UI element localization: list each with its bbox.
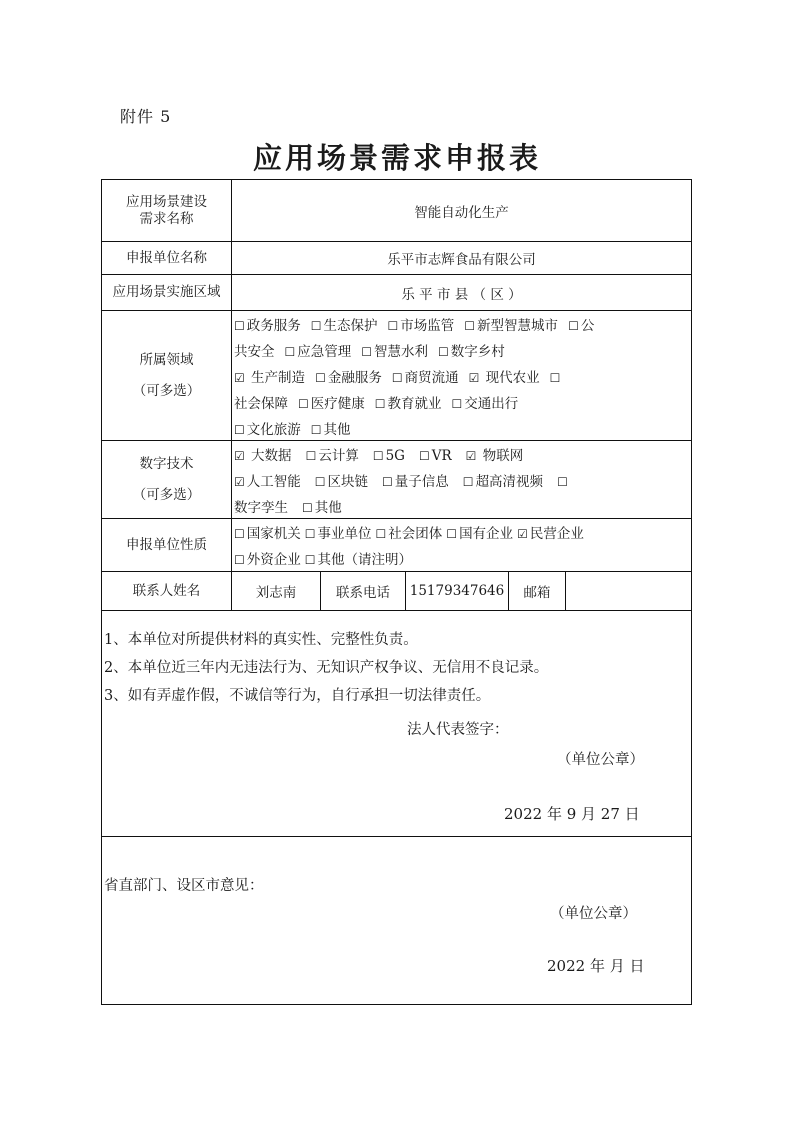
domain-options: ☐政务服务☐生态保护☐市场监管☐新型智慧城市☐公共安全☐应急管理☐智慧水利☐数字… — [232, 311, 691, 440]
unchecked-box-icon[interactable]: ☐ — [550, 365, 561, 391]
option-checkbox[interactable]: ☐ — [550, 365, 563, 391]
unchecked-box-icon[interactable]: ☐ — [568, 313, 579, 339]
option-checkbox[interactable]: ☐外资企业 — [234, 547, 301, 573]
attachment-label: 附件 5 — [120, 104, 171, 127]
option-checkbox[interactable]: ☐生态保护 — [311, 313, 378, 339]
unchecked-box-icon[interactable]: ☐ — [306, 443, 317, 469]
option-label: 其他 — [324, 422, 351, 438]
unit-nature-options: ☐国家机关☐事业单位☐社会团体☐国有企业☑民营企业☐外资企业☐其他（请注明） — [232, 519, 691, 571]
applicant-unit-field[interactable]: 乐平市志辉食品有限公司 — [232, 242, 691, 274]
option-label: 区块链 — [328, 474, 369, 490]
unchecked-box-icon[interactable]: ☐ — [392, 365, 403, 391]
unchecked-box-icon[interactable]: ☐ — [438, 339, 449, 365]
option-checkbox[interactable]: ☐商贸流通 — [392, 365, 459, 391]
technology-multi-select-hint: （可多选） — [133, 487, 201, 504]
option-checkbox[interactable]: ☐量子信息 — [382, 469, 449, 495]
unchecked-box-icon[interactable]: ☐ — [446, 521, 457, 547]
unchecked-box-icon[interactable]: ☐ — [388, 313, 399, 339]
checked-box-icon[interactable]: ☑ — [466, 443, 477, 469]
option-label: 5G — [386, 448, 405, 464]
option-label: 金融服务 — [328, 370, 382, 386]
option-line: ☐国家机关☐事业单位☐社会团体☐国有企业☑民营企业 — [234, 521, 689, 547]
option-checkbox[interactable]: ☑人工智能 — [234, 469, 301, 495]
option-label: 量子信息 — [395, 474, 449, 490]
option-checkbox[interactable]: ☑ 物联网 — [466, 443, 524, 469]
option-label: 事业单位 — [318, 526, 372, 542]
option-label: 人工智能 — [247, 474, 301, 490]
row-technology: 数字技术 （可多选） ☑ 大数据☐云计算☐5G☐VR☑ 物联网☑人工智能☐区块链… — [102, 441, 691, 519]
checked-box-icon[interactable]: ☑ — [517, 521, 528, 547]
option-label: 交通出行 — [464, 396, 518, 412]
unchecked-box-icon[interactable]: ☐ — [376, 521, 387, 547]
domain-label: 所属领域 （可多选） — [102, 311, 232, 440]
option-label: 国有企业 — [459, 526, 513, 542]
checked-box-icon[interactable]: ☑ — [234, 469, 245, 495]
legal-rep-signature-label: 法人代表签字： — [407, 718, 509, 739]
unchecked-box-icon[interactable]: ☐ — [419, 443, 430, 469]
contact-phone-field[interactable]: 15179347646 — [406, 572, 509, 610]
option-checkbox[interactable]: ☐VR — [419, 443, 452, 469]
row-scenario-name: 应用场景建设 需求名称 智能自动化生产 — [102, 180, 691, 242]
option-label: 社会保障 — [234, 396, 288, 412]
domain-label-text: 所属领域 — [140, 352, 194, 369]
option-checkbox[interactable]: ☐市场监管 — [388, 313, 455, 339]
option-line: 数字孪生☐其他 — [234, 495, 689, 521]
option-checkbox[interactable]: ☐区块链 — [315, 469, 368, 495]
option-checkbox[interactable]: ☐教育就业 — [375, 391, 442, 417]
option-label: 社会团体 — [388, 526, 442, 542]
option-checkbox[interactable]: ☐交通出行 — [452, 391, 519, 417]
contact-email-label: 邮箱 — [509, 572, 566, 610]
option-checkbox[interactable]: ☑民营企业 — [517, 521, 584, 547]
contact-name-field[interactable]: 刘志南 — [232, 572, 321, 610]
unchecked-box-icon[interactable]: ☐ — [315, 469, 326, 495]
option-checkbox[interactable]: ☐其他 — [311, 417, 351, 443]
option-checkbox[interactable]: ☐政务服务 — [234, 313, 301, 339]
option-label: 生产制造 — [247, 370, 305, 386]
unchecked-box-icon[interactable]: ☐ — [305, 521, 316, 547]
option-label: 数字孪生 — [234, 500, 288, 516]
unchecked-box-icon[interactable]: ☐ — [298, 391, 309, 417]
option-label: 超高清视频 — [476, 474, 544, 490]
option-line: ☑人工智能☐区块链☐量子信息☐超高清视频☐ — [234, 469, 689, 495]
unchecked-box-icon[interactable]: ☐ — [373, 443, 384, 469]
opinion-section: 省直部门、设区市意见： （单位公章） 2022 年 月 日 — [102, 837, 691, 1004]
option-line: 社会保障☐医疗健康☐教育就业☐交通出行 — [234, 391, 689, 417]
technology-options: ☑ 大数据☐云计算☐5G☐VR☑ 物联网☑人工智能☐区块链☐量子信息☐超高清视频… — [232, 441, 691, 518]
option-checkbox[interactable]: ☐国家机关 — [234, 521, 301, 547]
applicant-unit-label: 申报单位名称 — [102, 242, 232, 274]
option-label: 大数据 — [247, 448, 292, 464]
declaration-item-3: 3、如有弄虚作假，不诚信等行为，自行承担一切法律责任。 — [104, 684, 490, 705]
unchecked-box-icon[interactable]: ☐ — [311, 417, 322, 443]
option-checkbox[interactable]: ☐云计算 — [306, 443, 359, 469]
unchecked-box-icon[interactable]: ☐ — [302, 495, 313, 521]
option-checkbox[interactable]: ☑ 生产制造 — [234, 365, 305, 391]
option-line: ☐文化旅游☐其他 — [234, 417, 689, 443]
option-checkbox[interactable]: ☐智慧水利 — [361, 339, 428, 365]
option-checkbox[interactable]: ☐国有企业 — [446, 521, 513, 547]
option-checkbox[interactable]: 数字孪生 — [234, 495, 288, 521]
option-label: 公 — [581, 318, 595, 334]
option-checkbox[interactable]: ☐ — [557, 469, 570, 495]
unchecked-box-icon[interactable]: ☐ — [234, 521, 245, 547]
option-checkbox[interactable]: ☐数字乡村 — [438, 339, 505, 365]
option-checkbox[interactable]: 共安全 — [234, 339, 275, 365]
unchecked-box-icon[interactable]: ☐ — [463, 469, 474, 495]
unchecked-box-icon[interactable]: ☐ — [557, 469, 568, 495]
checked-box-icon[interactable]: ☑ — [234, 365, 245, 391]
page-title: 应用场景需求申报表 — [0, 136, 794, 177]
option-checkbox[interactable]: ☐5G — [373, 443, 405, 469]
unchecked-box-icon[interactable]: ☐ — [452, 391, 463, 417]
declaration-item-2: 2、本单位近三年内无违法行为、无知识产权争议、无信用不良记录。 — [104, 656, 548, 677]
unchecked-box-icon[interactable]: ☐ — [375, 391, 386, 417]
option-line: 共安全☐应急管理☐智慧水利☐数字乡村 — [234, 339, 689, 365]
unchecked-box-icon[interactable]: ☐ — [382, 469, 393, 495]
option-label: 文化旅游 — [247, 422, 301, 438]
contact-email-field[interactable] — [566, 572, 691, 610]
option-checkbox[interactable]: ☑ 大数据 — [234, 443, 292, 469]
option-checkbox[interactable]: ☐应急管理 — [285, 339, 352, 365]
technology-label-text: 数字技术 — [140, 456, 194, 473]
option-label: 现代农业 — [481, 370, 539, 386]
option-label: 教育就业 — [388, 396, 442, 412]
implementation-area-label: 应用场景实施区域 — [102, 275, 232, 310]
option-label: 云计算 — [318, 448, 359, 464]
option-label: 商贸流通 — [405, 370, 459, 386]
option-line: ☑ 大数据☐云计算☐5G☐VR☑ 物联网 — [234, 443, 689, 469]
option-checkbox[interactable]: ☐超高清视频 — [463, 469, 543, 495]
unchecked-box-icon[interactable]: ☐ — [305, 547, 316, 573]
option-checkbox[interactable]: ☐其他 — [302, 495, 342, 521]
declaration-section: 1、本单位对所提供材料的真实性、完整性负责。 2、本单位近三年内无违法行为、无知… — [102, 611, 691, 837]
checked-box-icon[interactable]: ☑ — [234, 443, 245, 469]
option-checkbox[interactable]: ☐社会团体 — [376, 521, 443, 547]
implementation-area-field[interactable]: 乐 平 市 县 （ 区 ） — [232, 275, 691, 310]
unchecked-box-icon[interactable]: ☐ — [315, 365, 326, 391]
application-form-table: 应用场景建设 需求名称 智能自动化生产 申报单位名称 乐平市志辉食品有限公司 应… — [101, 179, 692, 1005]
option-checkbox[interactable]: ☐公 — [568, 313, 594, 339]
checked-box-icon[interactable]: ☑ — [469, 365, 480, 391]
opinion-seal-label: （单位公章） — [550, 902, 637, 923]
declaration-seal-label: （单位公章） — [557, 748, 644, 769]
scenario-name-label-line2: 需求名称 — [140, 211, 194, 228]
option-label: 民营企业 — [530, 526, 584, 542]
option-checkbox[interactable]: ☐其他（请注明） — [305, 547, 412, 573]
declaration-date[interactable]: 2022 年 9 月 27 日 — [504, 803, 640, 824]
option-label: 数字乡村 — [451, 344, 505, 360]
unchecked-box-icon[interactable]: ☐ — [234, 547, 245, 573]
unchecked-box-icon[interactable]: ☐ — [464, 313, 475, 339]
option-label: 应急管理 — [297, 344, 351, 360]
unchecked-box-icon[interactable]: ☐ — [285, 339, 296, 365]
option-label: 新型智慧城市 — [477, 318, 558, 334]
option-line: ☐外资企业☐其他（请注明） — [234, 547, 689, 573]
option-checkbox[interactable]: ☐文化旅游 — [234, 417, 301, 443]
option-label: 医疗健康 — [311, 396, 365, 412]
option-checkbox[interactable]: ☑ 现代农业 — [469, 365, 540, 391]
option-label: 政务服务 — [247, 318, 301, 334]
option-checkbox[interactable]: 社会保障 — [234, 391, 288, 417]
opinion-date[interactable]: 2022 年 月 日 — [547, 955, 644, 976]
unchecked-box-icon[interactable]: ☐ — [234, 417, 245, 443]
scenario-name-label-line1: 应用场景建设 — [126, 194, 207, 211]
option-line: ☐政务服务☐生态保护☐市场监管☐新型智慧城市☐公 — [234, 313, 689, 339]
contact-phone-label: 联系电话 — [321, 572, 406, 610]
option-label: 国家机关 — [247, 526, 301, 542]
domain-multi-select-hint: （可多选） — [133, 383, 201, 400]
row-unit-nature: 申报单位性质 ☐国家机关☐事业单位☐社会团体☐国有企业☑民营企业☐外资企业☐其他… — [102, 519, 691, 572]
option-label: VR — [432, 448, 452, 464]
row-applicant-unit: 申报单位名称 乐平市志辉食品有限公司 — [102, 242, 691, 275]
option-label: 市场监管 — [400, 318, 454, 334]
declaration-item-1: 1、本单位对所提供材料的真实性、完整性负责。 — [104, 628, 418, 649]
unchecked-box-icon[interactable]: ☐ — [234, 313, 245, 339]
option-line: ☑ 生产制造☐金融服务☐商贸流通☑ 现代农业☐ — [234, 365, 689, 391]
option-checkbox[interactable]: ☐金融服务 — [315, 365, 382, 391]
technology-label: 数字技术 （可多选） — [102, 441, 232, 518]
option-label: 其他 — [315, 500, 342, 516]
option-label: 其他（请注明） — [318, 552, 413, 568]
option-checkbox[interactable]: ☐医疗健康 — [298, 391, 365, 417]
opinion-label: 省直部门、设区市意见： — [104, 874, 264, 895]
option-checkbox[interactable]: ☐新型智慧城市 — [464, 313, 558, 339]
unchecked-box-icon[interactable]: ☐ — [311, 313, 322, 339]
unit-nature-label: 申报单位性质 — [102, 519, 232, 571]
option-label: 外资企业 — [247, 552, 301, 568]
option-label: 共安全 — [234, 344, 275, 360]
contact-name-label: 联系人姓名 — [102, 572, 232, 610]
row-contact: 联系人姓名 刘志南 联系电话 15179347646 邮箱 — [102, 572, 691, 611]
scenario-name-field[interactable]: 智能自动化生产 — [232, 180, 691, 241]
unchecked-box-icon[interactable]: ☐ — [361, 339, 372, 365]
option-checkbox[interactable]: ☐事业单位 — [305, 521, 372, 547]
option-label: 物联网 — [478, 448, 523, 464]
row-implementation-area: 应用场景实施区域 乐 平 市 县 （ 区 ） — [102, 275, 691, 311]
row-domain: 所属领域 （可多选） ☐政务服务☐生态保护☐市场监管☐新型智慧城市☐公共安全☐应… — [102, 311, 691, 441]
option-label: 生态保护 — [324, 318, 378, 334]
scenario-name-label: 应用场景建设 需求名称 — [102, 180, 232, 241]
option-label: 智慧水利 — [374, 344, 428, 360]
